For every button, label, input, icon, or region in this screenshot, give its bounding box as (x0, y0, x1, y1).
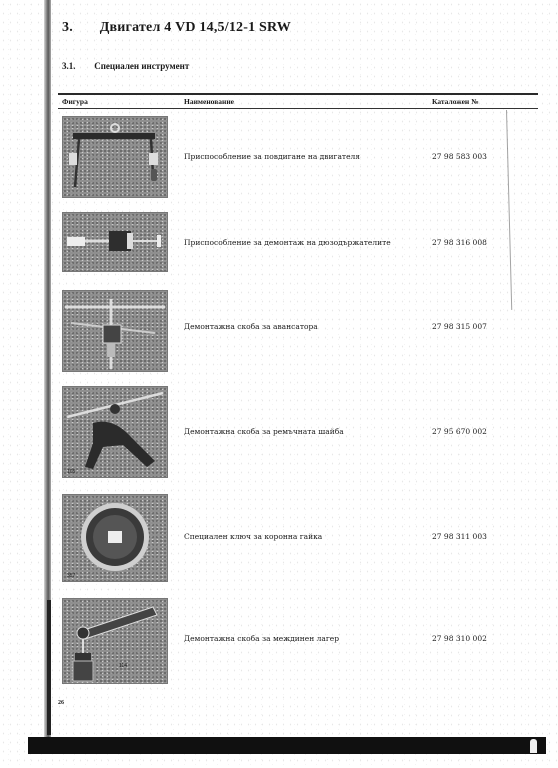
figure-label: 105 (67, 469, 75, 475)
item-name: Приспособление за демонтаж на дюзодържат… (184, 238, 391, 247)
chapter-title: Двигател 4 VD 14,5/12-1 SRW (100, 20, 291, 35)
binding-shadow-dark (47, 600, 51, 735)
advance-unit-puller-image (62, 290, 168, 372)
table-header-rule (58, 108, 538, 109)
item-catalog-number: 27 98 310 002 (432, 634, 487, 643)
scan-footer-band (28, 737, 546, 754)
column-header-name: Наименование (184, 97, 234, 106)
chapter-number: 3. (62, 20, 96, 36)
figure-label: 357 (67, 573, 75, 579)
item-name: Демонтажна скоба за аванcатора (184, 322, 318, 331)
column-header-figure: Фигура (62, 97, 88, 106)
item-name: Специален ключ за коронна гайка (184, 532, 322, 541)
scan-crease-line (506, 110, 512, 310)
page-number: 26 (58, 700, 64, 706)
table-top-rule (58, 93, 538, 95)
item-catalog-number: 27 98 583 003 (432, 152, 487, 161)
section-heading: 3.1. Специален инструмент (62, 61, 189, 71)
item-name: Демонтажна скоба за ремъчната шайба (184, 427, 344, 436)
item-catalog-number: 27 98 311 003 (432, 532, 487, 541)
section-title: Специален инструмент (94, 61, 189, 71)
chapter-heading: 3. Двигател 4 VD 14,5/12-1 SRW (62, 20, 291, 36)
section-number: 3.1. (62, 61, 92, 71)
intermediate-bearing-puller-image: 114 (62, 598, 168, 684)
figure-label: 114 (119, 663, 127, 669)
pulley-puller-image: 105 (62, 386, 168, 478)
item-catalog-number: 27 95 670 002 (432, 427, 487, 436)
item-name: Демонтажна скоба за междинен лагер (184, 634, 339, 643)
item-catalog-number: 27 98 316 008 (432, 238, 487, 247)
injector-puller-image (62, 212, 168, 272)
column-header-catalog: Каталожен № (432, 97, 479, 106)
item-name: Приспособление за повдигане на двигателя (184, 152, 360, 161)
scan-footer-tab (530, 739, 537, 753)
crown-nut-wrench-image: 357 (62, 494, 168, 582)
item-catalog-number: 27 98 315 007 (432, 322, 487, 331)
engine-lifting-bracket-image (62, 116, 168, 198)
